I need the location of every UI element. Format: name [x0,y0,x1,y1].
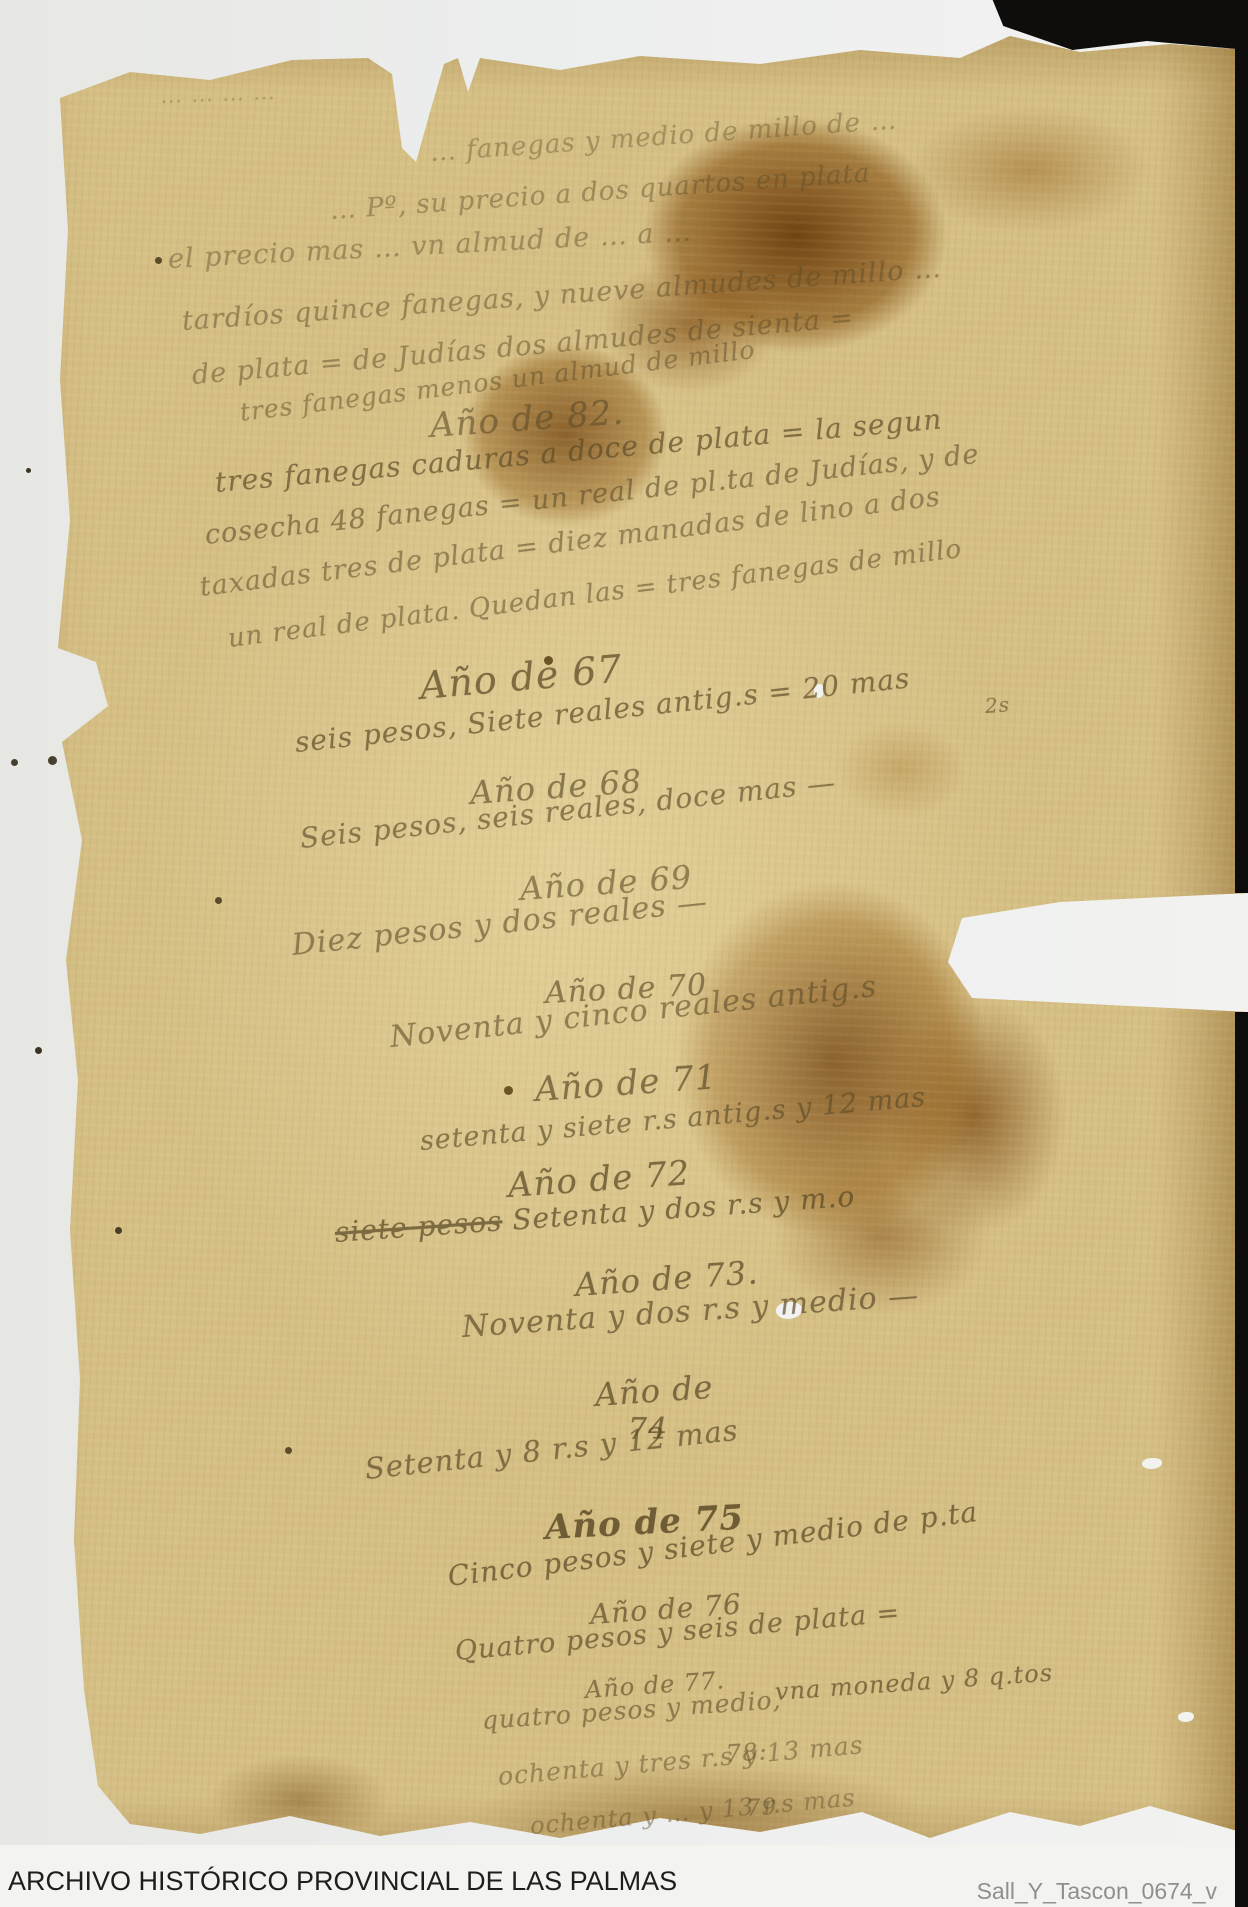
watermark-label: Sall_Y_Tascon_0674_v [977,1878,1217,1905]
dust-specks [26,468,31,473]
line-text: 2s [984,692,1011,718]
scanner-edge-top [1235,0,1248,893]
footer-band: ARCHIVO HISTÓRICO PROVINCIAL DE LAS PALM… [0,1845,1235,1907]
manuscript-line: … … … … [160,80,277,109]
scanned-page: … … … …… fanegas y medio de millo de …… … [0,0,1248,1907]
manuscript-line: 2s [984,692,1011,718]
line-text: … … … … [160,80,277,109]
archive-caption: ARCHIVO HISTÓRICO PROVINCIAL DE LAS PALM… [8,1866,677,1897]
scanner-edge-bottom [1235,1012,1248,1907]
